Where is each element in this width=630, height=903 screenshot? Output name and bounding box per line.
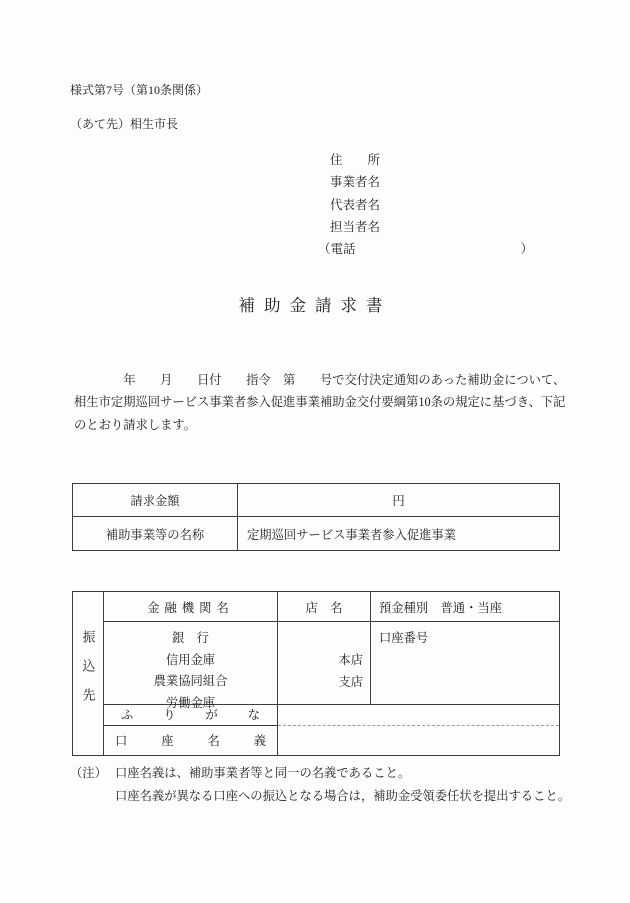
body-paragraph: 年 月 日付 指令 第 号で交付決定通知のあった補助金について、 相生市定期巡回… (74, 369, 562, 436)
branch-type: 支店 (278, 672, 363, 694)
institution-type: 農業協同組合 (104, 671, 277, 693)
contact-person-label: 担当者名 (318, 216, 533, 238)
document-page: 様式第7号（第10条関係） （あて先）相生市長 住 所 事業者名 代表者名 担当… (0, 0, 630, 903)
transfer-destination-cell: 振込先 (73, 592, 104, 755)
account-name-label: 口座名義 (104, 726, 278, 755)
branch-type: 本店 (278, 650, 363, 672)
institution-type-list: 銀 行 信用金庫 農業協同組合 労働金庫 (104, 622, 278, 705)
project-name-value: 定期巡回サービス事業者参入促進事業 (238, 517, 559, 550)
claim-table: 請求金額 円 補助事業等の名称 定期巡回サービス事業者参入促進事業 (72, 483, 560, 551)
notes-block: （注） 口座名義は、補助事業者等と同一の名義であること。 口座名義が異なる口座へ… (70, 762, 570, 808)
body-line: 相生市定期巡回サービス事業者参入促進事業補助金交付要綱第10条の規定に基づき、下… (74, 391, 562, 413)
phone-open-paren: （電話 (318, 238, 356, 260)
financial-institution-header: 金融機関名 (104, 592, 278, 622)
account-number-label: 口座番号 (371, 622, 559, 705)
note-prefix: （注） (70, 762, 115, 785)
phone-close-paren: ） (520, 238, 533, 260)
claim-amount-label: 請求金額 (73, 484, 238, 517)
branch-type-list: 本店 支店 (278, 622, 371, 705)
claim-amount-unit: 円 (238, 484, 559, 517)
institution-type: 信用金庫 (104, 650, 277, 672)
transfer-table: 振込先 金融機関名 店 名 預金種別 普通・当座 銀 行 信用金庫 農業協同組合… (72, 591, 560, 756)
body-line: 年 月 日付 指令 第 号で交付決定通知のあった補助金について、 (74, 369, 562, 391)
note-text: 口座名義は、補助事業者等と同一の名義であること。 (115, 762, 410, 785)
institution-type: 銀 行 (104, 628, 277, 650)
furigana-label: ふりがな (104, 705, 278, 726)
furigana-value-cell (278, 705, 559, 726)
deposit-type-header: 預金種別 普通・当座 (371, 592, 559, 622)
applicant-block: 住 所 事業者名 代表者名 担当者名 （電話 ） (318, 149, 533, 260)
business-name-label: 事業者名 (318, 171, 533, 193)
transfer-destination-label: 振込先 (79, 630, 98, 717)
branch-header: 店 名 (278, 592, 371, 622)
form-number: 様式第7号（第10条関係） (70, 81, 208, 98)
account-name-value-cell (278, 726, 559, 755)
page-title: 補助金請求書 (0, 292, 630, 316)
phone-line: （電話 ） (318, 238, 533, 260)
body-line: のとおり請求します。 (74, 414, 562, 436)
project-name-label: 補助事業等の名称 (73, 517, 238, 550)
address-label: 住 所 (318, 149, 533, 171)
note-line: （注） 口座名義は、補助事業者等と同一の名義であること。 (70, 762, 570, 785)
note-line: 口座名義が異なる口座への振込となる場合は，補助金受領委任状を提出すること。 (70, 785, 570, 808)
addressee: （あて先）相生市長 (70, 115, 178, 132)
representative-label: 代表者名 (318, 194, 533, 216)
